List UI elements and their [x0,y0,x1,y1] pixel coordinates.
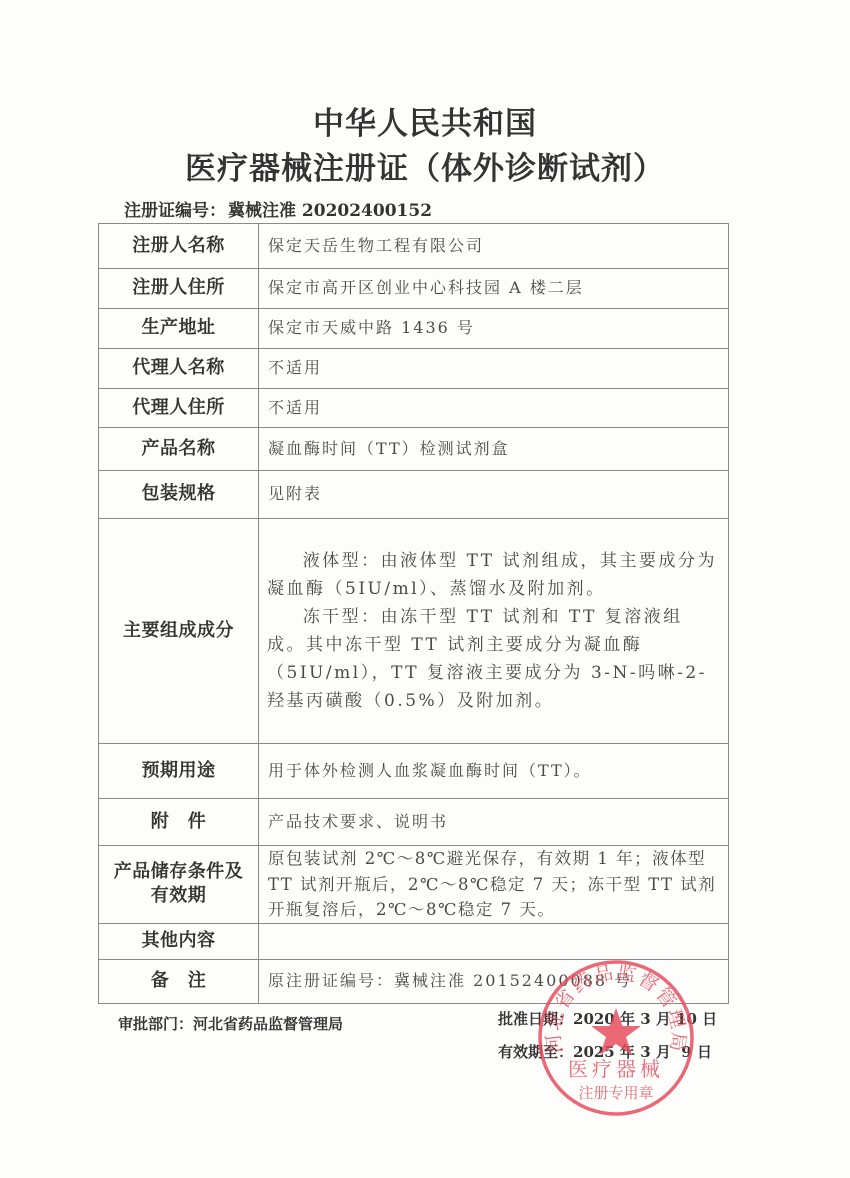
row-value: 液体型：由液体型 TT 试剂组成，其主要成分为凝血酶（5IU/ml）、蒸馏水及附… [259,519,729,744]
certificate-number-value: 冀械注准 20202400152 [228,201,432,221]
row-value: 保定市高开区创业中心科技园 A 楼二层 [259,269,729,309]
table-row-agent-name: 代理人名称 不适用 [99,349,729,389]
row-value: 保定天岳生物工程有限公司 [259,224,729,269]
table-row-packaging: 包装规格 见附表 [99,471,729,519]
certificate-number-label: 注册证编号： [124,201,226,221]
row-value: 产品技术要求、说明书 [259,799,729,846]
row-value: 见附表 [259,471,729,519]
row-label: 其他内容 [99,923,259,959]
row-label: 生产地址 [99,309,259,349]
registration-table: 注册人名称 保定天岳生物工程有限公司 注册人住所 保定市高开区创业中心科技园 A… [98,223,729,1004]
row-label: 产品储存条件及 有效期 [99,846,259,924]
row-value: 保定市天威中路 1436 号 [259,309,729,349]
row-label: 代理人住所 [99,389,259,428]
row-label: 附 件 [99,799,259,846]
approval-department: 审批部门：河北省药品监督管理局 [118,1013,343,1034]
row-label: 备 注 [99,959,259,1003]
approval-date: 批准日期：2020 年 3 月 10 日 [498,1008,717,1029]
row-label: 注册人名称 [99,224,259,269]
row-value: 原注册证编号：冀械注准 20152400088 号 [259,959,729,1003]
table-row-registrant-name: 注册人名称 保定天岳生物工程有限公司 [99,224,729,269]
row-value: 凝血酶时间（TT）检测试剂盒 [259,428,729,471]
row-value: 不适用 [259,349,729,389]
row-label: 主要组成成分 [99,519,259,744]
row-label: 注册人住所 [99,269,259,309]
row-label-line1: 产品储存条件及 [99,860,258,884]
row-label: 包装规格 [99,471,259,519]
row-value: 用于体外检测人血浆凝血酶时间（TT）。 [259,744,729,799]
table-row-agent-address: 代理人住所 不适用 [99,389,729,428]
component-paragraph-lyophilized: 冻干型：由冻干型 TT 试剂和 TT 复溶液组成。其中冻干型 TT 试剂主要成分… [267,603,718,715]
table-row-registrant-address: 注册人住所 保定市高开区创业中心科技园 A 楼二层 [99,269,729,309]
row-label: 预期用途 [99,744,259,799]
row-label: 产品名称 [99,428,259,471]
row-value [259,923,729,959]
valid-until-date: 有效期至：2025 年 3 月 9 日 [498,1041,712,1062]
stamp-inner-line2: 注册专用章 [578,1084,653,1102]
table-row-other-content: 其他内容 [99,923,729,959]
row-value: 不适用 [259,389,729,428]
table-row-attachments: 附 件 产品技术要求、说明书 [99,799,729,846]
table-row-production-address: 生产地址 保定市天威中路 1436 号 [99,309,729,349]
row-label: 代理人名称 [99,349,259,389]
component-paragraph-liquid: 液体型：由液体型 TT 试剂组成，其主要成分为凝血酶（5IU/ml）、蒸馏水及附… [267,547,718,603]
document-title-certificate: 医疗器械注册证（体外诊断试剂） [0,143,850,188]
row-label-line2: 有效期 [99,884,258,908]
table-row-main-components: 主要组成成分 液体型：由液体型 TT 试剂组成，其主要成分为凝血酶（5IU/ml… [99,519,729,744]
table-row-remarks: 备 注 原注册证编号：冀械注准 20152400088 号 [99,959,729,1003]
document-title-country: 中华人民共和国 [0,98,850,143]
table-row-product-name: 产品名称 凝血酶时间（TT）检测试剂盒 [99,428,729,471]
table-row-intended-use: 预期用途 用于体外检测人血浆凝血酶时间（TT）。 [99,744,729,799]
certificate-number: 注册证编号：冀械注准 20202400152 [124,196,432,221]
table-row-storage-validity: 产品储存条件及 有效期 原包装试剂 2℃～8℃避光保存，有效期 1 年；液体型 … [99,846,729,924]
row-value: 原包装试剂 2℃～8℃避光保存，有效期 1 年；液体型 TT 试剂开瓶后，2℃～… [259,846,729,924]
